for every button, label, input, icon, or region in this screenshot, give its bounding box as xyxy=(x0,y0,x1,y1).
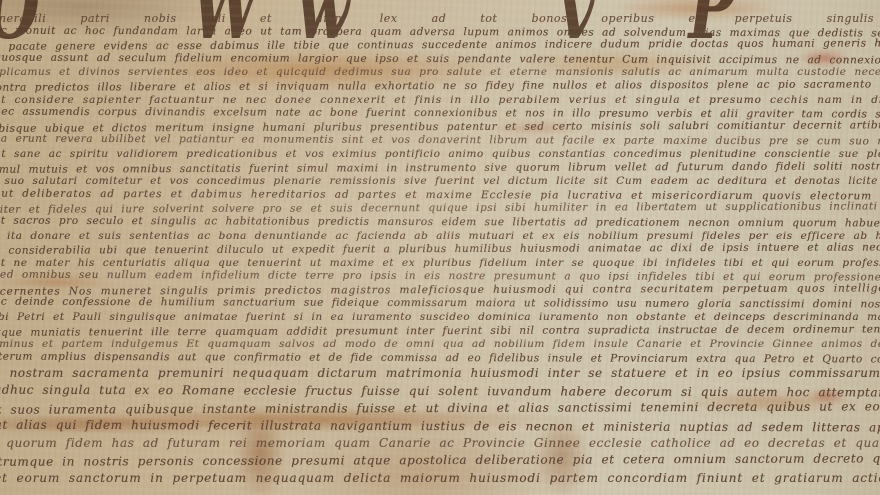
manuscript-text-line: dominus et partem indulgemus Et quamquam… xyxy=(0,338,880,352)
manuscript-text-line: iterum amplius dispensandis aut que conf… xyxy=(0,350,880,366)
manuscript-text-line: venerabili patri nobis ali et ridiam lex… xyxy=(0,12,880,26)
manuscript-text-line: ad nostram sacramenta premuniri nequaqua… xyxy=(0,365,880,382)
manuscript-text-line: simul mutuis et vos omnibus sanctitatis … xyxy=(0,160,880,177)
manuscript-text-line: ut alias qui fidem huiusmodi fecerit ill… xyxy=(0,416,880,436)
manuscript-text-line: ac deinde confessione de humilium sanctu… xyxy=(0,296,880,312)
manuscript-text-line: et eorum sanctorum in perpetuam nequaqua… xyxy=(0,470,880,487)
manuscript-text-line: et sacros pro seculo et singulis ac habi… xyxy=(0,214,880,230)
manuscript-text-line: ibi Petri et Pauli singulisque animatae … xyxy=(0,311,880,325)
manuscript-photo: O Ww v P A f R venerabili patri nobis al… xyxy=(0,0,880,495)
manuscript-body-lower: ad nostram sacramenta premuniri nequaqua… xyxy=(0,365,880,487)
manuscript-text-line: et suo salutari comitetur et vos concedi… xyxy=(0,175,880,189)
manuscript-body-upper: venerabili patri nobis ali et ridiam lex… xyxy=(0,12,880,365)
manuscript-text-block: venerabili patri nobis ali et ridiam lex… xyxy=(0,12,880,487)
manuscript-text-line: quosque assunt ad seculum fidelium encom… xyxy=(0,51,880,67)
manuscript-text-line: utrumque in nostris personis concessione… xyxy=(0,451,880,472)
manuscript-text-line: ut sane ac spiritu validiorem predicatio… xyxy=(0,148,880,162)
manuscript-text-line: ea erunt revera ubilibet vel patiantur e… xyxy=(0,133,880,149)
